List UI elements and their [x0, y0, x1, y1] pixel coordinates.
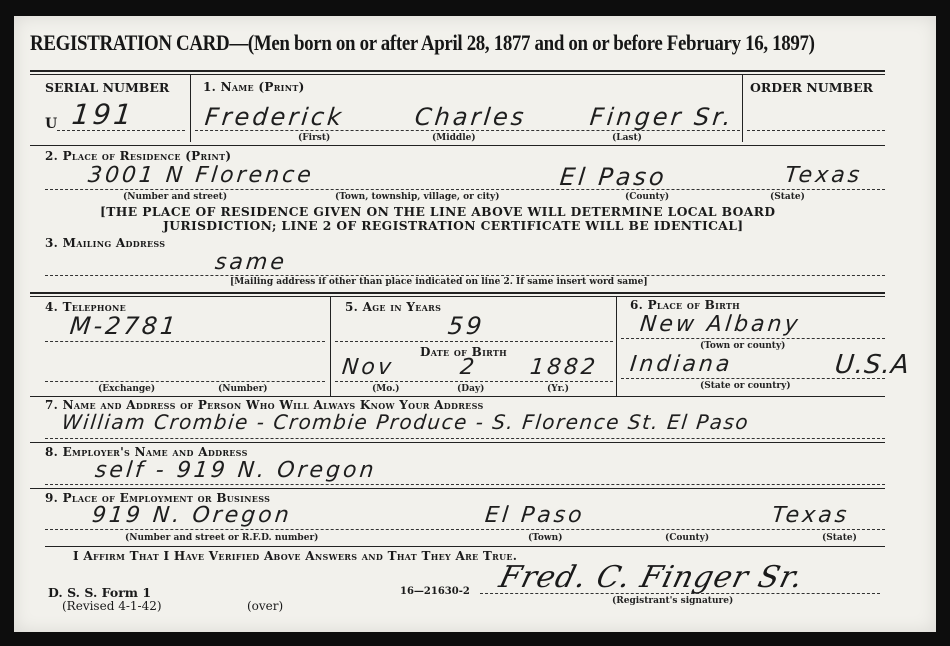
order-number-line [747, 130, 885, 131]
caption-county: (County) [625, 192, 669, 202]
signature-line [480, 593, 880, 594]
telephone-value[interactable]: M-2781 [69, 312, 180, 340]
mailing-address-value[interactable]: same [214, 250, 289, 275]
residence-label: 2. Place of Residence (Print) [45, 149, 231, 163]
caption-birth-state: (State or country) [700, 381, 791, 391]
place-of-birth-label: 6. Place of Birth [630, 298, 740, 312]
divider [190, 75, 191, 142]
caption-middle: (Middle) [432, 133, 476, 143]
employer-line [45, 484, 885, 485]
residence-town-value[interactable]: El Paso [559, 163, 669, 191]
caption-first: (First) [298, 133, 330, 143]
affirmation-text: I Affirm That I Have Verified Above Answ… [73, 549, 517, 563]
caption-year: (Yr.) [547, 384, 569, 394]
telephone-line-2 [45, 381, 325, 382]
employment-line [45, 529, 885, 530]
age-value[interactable]: 59 [447, 312, 486, 340]
caption-employment-state: (State) [822, 533, 857, 543]
signature-caption: (Registrant's signature) [612, 596, 733, 606]
employment-state-value[interactable]: Texas [771, 503, 851, 528]
caption-exchange: (Exchange) [98, 384, 155, 394]
caption-town: (Town, township, village, or city) [335, 192, 500, 202]
caption-state: (State) [770, 192, 805, 202]
employment-town-value[interactable]: El Paso [484, 503, 586, 528]
birth-state-value[interactable]: Indiana [629, 352, 734, 377]
name-first-value[interactable]: Frederick [204, 103, 346, 131]
caption-day: (Day) [457, 384, 484, 394]
birth-town-value[interactable]: New Albany [639, 312, 802, 337]
birth-town-line [621, 338, 885, 339]
contact-line [45, 438, 885, 439]
card-title: REGISTRATION CARD—(Men born on or after … [30, 30, 815, 56]
divider [742, 75, 743, 142]
order-number-label: ORDER NUMBER [750, 80, 873, 95]
birth-country-value[interactable]: U.S.A [833, 350, 911, 380]
telephone-line [45, 341, 325, 342]
row-rule [45, 546, 885, 547]
birth-state-line [621, 378, 885, 379]
serial-number-value[interactable]: 191 [70, 98, 136, 131]
employer-value[interactable]: self - 919 N. Oregon [94, 458, 378, 483]
serial-number-label: SERIAL NUMBER [45, 80, 169, 95]
dob-month-value[interactable]: Nov [341, 355, 396, 380]
divider [616, 296, 617, 396]
over-indicator: (over) [247, 599, 283, 613]
residence-street-value[interactable]: 3001 N Florence [87, 163, 315, 188]
form-number: D. S. S. Form 1 [48, 585, 151, 600]
residence-state-value[interactable]: Texas [784, 163, 864, 188]
name-last-value[interactable]: Finger Sr. [589, 103, 736, 131]
caption-employment-street: (Number and street or R.F.D. number) [125, 533, 318, 543]
divider [330, 296, 331, 396]
row-rule [30, 442, 885, 443]
employment-street-value[interactable]: 919 N. Oregon [91, 503, 293, 528]
name-label: 1. Name (Print) [203, 80, 305, 94]
row-rule [30, 396, 885, 397]
mailing-caption: [Mailing address if other than place ind… [230, 277, 648, 287]
dob-year-value[interactable]: 1882 [529, 355, 600, 380]
registrant-signature[interactable]: Fred. C. Finger Sr. [496, 560, 808, 595]
name-middle-value[interactable]: Charles [414, 103, 528, 131]
title-rule [30, 70, 885, 72]
caption-employment-town: (Town) [528, 533, 562, 543]
row-rule [30, 488, 885, 489]
age-label: 5. Age in Years [345, 300, 441, 314]
residence-notice-line1: [THE PLACE OF RESIDENCE GIVEN ON THE LIN… [100, 204, 775, 219]
form-revision: (Revised 4-1-42) [62, 599, 162, 613]
dob-day-value[interactable]: 2 [459, 355, 479, 380]
dob-line [335, 381, 613, 382]
mailing-line [45, 275, 885, 276]
mailing-address-label: 3. Mailing Address [45, 236, 165, 250]
serial-prefix: U [45, 116, 57, 132]
employer-label: 8. Employer's Name and Address [45, 445, 248, 459]
caption-employment-county: (County) [665, 533, 709, 543]
section-rule [30, 292, 885, 294]
row-rule [30, 145, 885, 146]
contact-person-value[interactable]: William Crombie - Crombie Produce - S. F… [61, 410, 751, 434]
caption-street: (Number and street) [123, 192, 227, 202]
caption-number: (Number) [218, 384, 268, 394]
print-code: 16—21630-2 [400, 586, 470, 597]
residence-line [45, 189, 885, 190]
caption-last: (Last) [612, 133, 642, 143]
residence-notice-line2: JURISDICTION; LINE 2 OF REGISTRATION CER… [163, 218, 744, 233]
caption-birth-town: (Town or county) [700, 341, 785, 351]
caption-month: (Mo.) [372, 384, 399, 394]
age-line [335, 341, 613, 342]
